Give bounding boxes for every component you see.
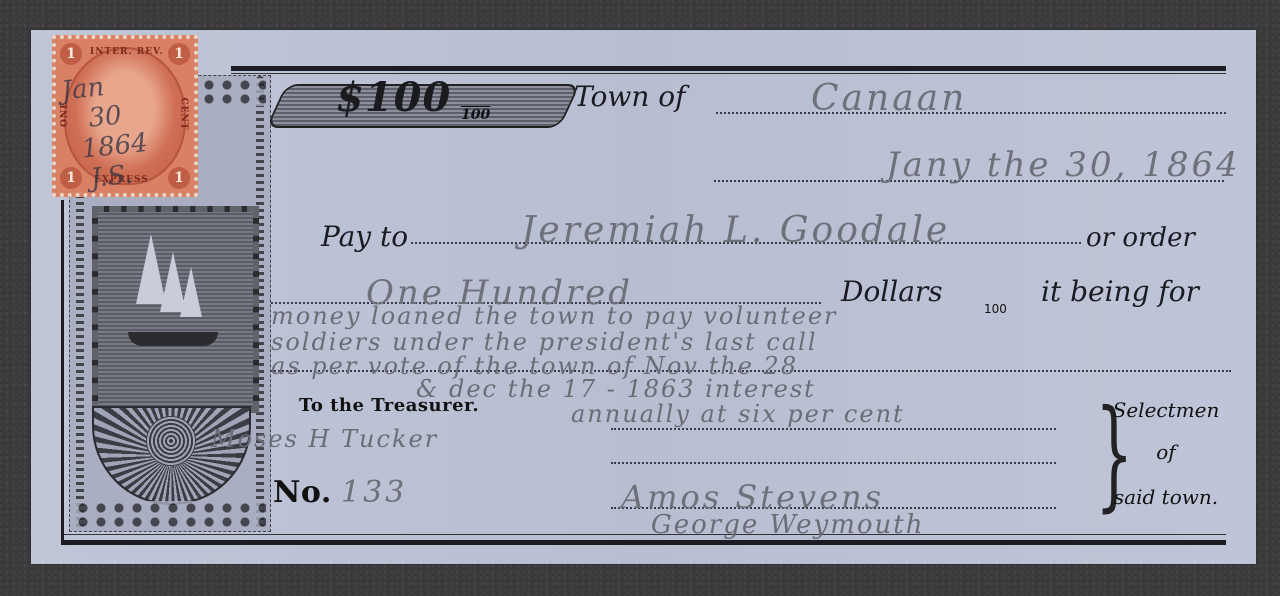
sail-icon — [160, 252, 186, 312]
town-of-label: Town of — [574, 80, 685, 113]
left-rule — [61, 200, 64, 545]
number-label: No. — [273, 475, 332, 510]
of-label: of — [1101, 440, 1231, 464]
town-line — [716, 112, 1226, 114]
bottom-rule-thin — [61, 534, 1226, 535]
guilloche-rosette — [92, 406, 251, 505]
town-value: Canaan — [811, 78, 967, 119]
purpose-line-6: Moses H Tucker — [211, 425, 438, 453]
to-treasurer-label: To the Treasurer. — [299, 395, 479, 416]
date-value: Jany the 30, 1864 — [886, 145, 1241, 185]
sail-icon — [136, 234, 166, 304]
purpose-line-5: annually at six per cent — [571, 400, 905, 428]
rosette-center — [146, 416, 196, 466]
bottom-ornament — [74, 501, 266, 529]
ship-engraving — [92, 206, 259, 413]
said-town-label: said town. — [1101, 485, 1231, 509]
town-order-document: 1 1 1 1 INTER. REV. EXPRESS ONE CENT Jan… — [31, 30, 1256, 564]
cents-fraction: 100 — [984, 302, 1007, 316]
amount-dollars: $100 — [336, 74, 451, 121]
dollars-label: Dollars — [841, 275, 943, 308]
or-order-label: or order — [1086, 223, 1195, 253]
stamp-corner-value: 1 — [168, 43, 190, 65]
signature-line-2 — [611, 462, 1056, 464]
stamp-top-text: INTER. REV. — [90, 47, 164, 57]
stamp-corner-value: 1 — [60, 43, 82, 65]
stamp-cancellation: Jan 30 1864 J.S. — [60, 64, 192, 196]
purpose-line-1: money loaned the town to pay volunteer — [271, 302, 838, 330]
signature-line-1 — [611, 428, 1056, 430]
top-rule — [231, 66, 1226, 71]
payee-value: Jeremiah L. Goodale — [521, 210, 950, 251]
bottom-rule — [61, 540, 1226, 545]
it-being-for-label: it being for — [1041, 275, 1199, 308]
pay-to-label: Pay to — [321, 220, 408, 253]
sail-icon — [180, 267, 202, 317]
number-value: 133 — [341, 475, 407, 510]
ship-hull-icon — [128, 332, 218, 346]
amount-cents: 100 — [461, 107, 490, 123]
selectmen-label: Selectmen — [1101, 398, 1231, 422]
signature-selectman-2: George Weymouth — [651, 510, 924, 540]
